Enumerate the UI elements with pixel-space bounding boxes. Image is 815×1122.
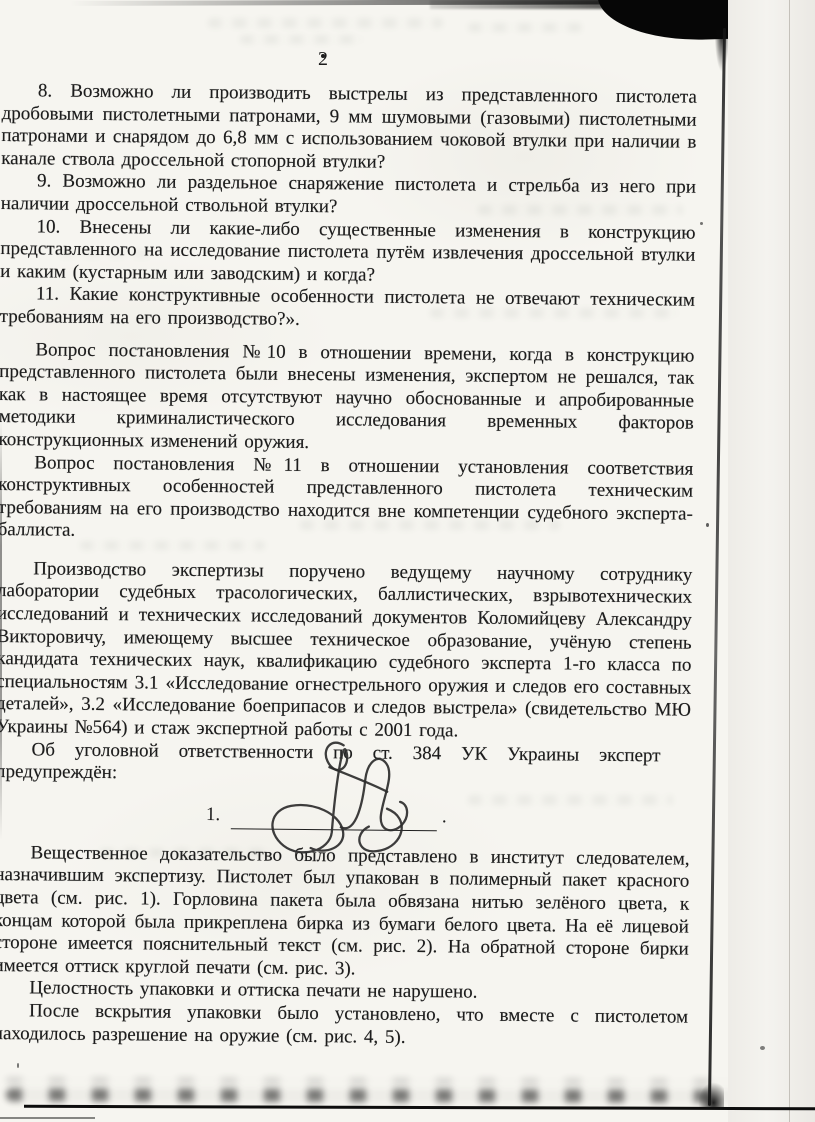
- bleedthrough-artifact: [100, 848, 275, 857]
- dust-speck: [321, 54, 325, 58]
- expert-assignment-paragraph: Производство экспертизы поручено ведущем…: [0, 558, 692, 745]
- scanner-background-strip: [728, 0, 815, 1122]
- dust-speck: [706, 523, 709, 527]
- page-crease-line: [789, 0, 790, 1122]
- bleedthrough-artifact: [468, 23, 583, 32]
- signature-trailing-period: .: [442, 806, 447, 828]
- scan-bottom-line-short: [0, 1117, 95, 1119]
- bleedthrough-artifact: [80, 541, 265, 550]
- answer-paragraph-q11: Вопрос постановления №11 в отношении уст…: [0, 452, 693, 549]
- bleedthrough-artifact: [430, 308, 680, 318]
- handwritten-signature-icon: [258, 736, 431, 866]
- dust-speck: [700, 222, 703, 225]
- question-paragraph-8: 8. Возможно ли производить выстрелы из п…: [1, 80, 697, 177]
- opening-result-paragraph: После вскрытия упаковки было установлено…: [0, 1000, 688, 1052]
- scan-corner-tail: [714, 30, 728, 82]
- bleedthrough-artifact: [478, 205, 683, 215]
- bleedthrough-artifact: [240, 35, 365, 44]
- scan-bottom-smudge: [6, 1077, 728, 1085]
- page-number: 2: [318, 48, 328, 71]
- scan-corner-blob: [597, 0, 728, 42]
- dust-speck: [296, 97, 298, 99]
- bleedthrough-artifact: [60, 250, 155, 258]
- bleedthrough-artifact: [300, 520, 560, 530]
- scanned-page: 2 8. Возможно ли производить выстрелы из…: [0, 0, 728, 1122]
- dust-speck: [760, 1046, 765, 1050]
- document-body: 8. Возможно ли производить выстрелы из п…: [0, 80, 697, 1052]
- signature-item-number: 1.: [206, 804, 220, 826]
- bleedthrough-artifact: [208, 18, 443, 28]
- dust-speck: [17, 1063, 19, 1068]
- answer-paragraph-q10: Вопрос постановления №10 в отношении вре…: [0, 339, 694, 459]
- scan-bottom-smudge: [6, 1088, 728, 1103]
- scan-left-edge: [0, 420, 2, 840]
- bleedthrough-artifact: [468, 795, 673, 805]
